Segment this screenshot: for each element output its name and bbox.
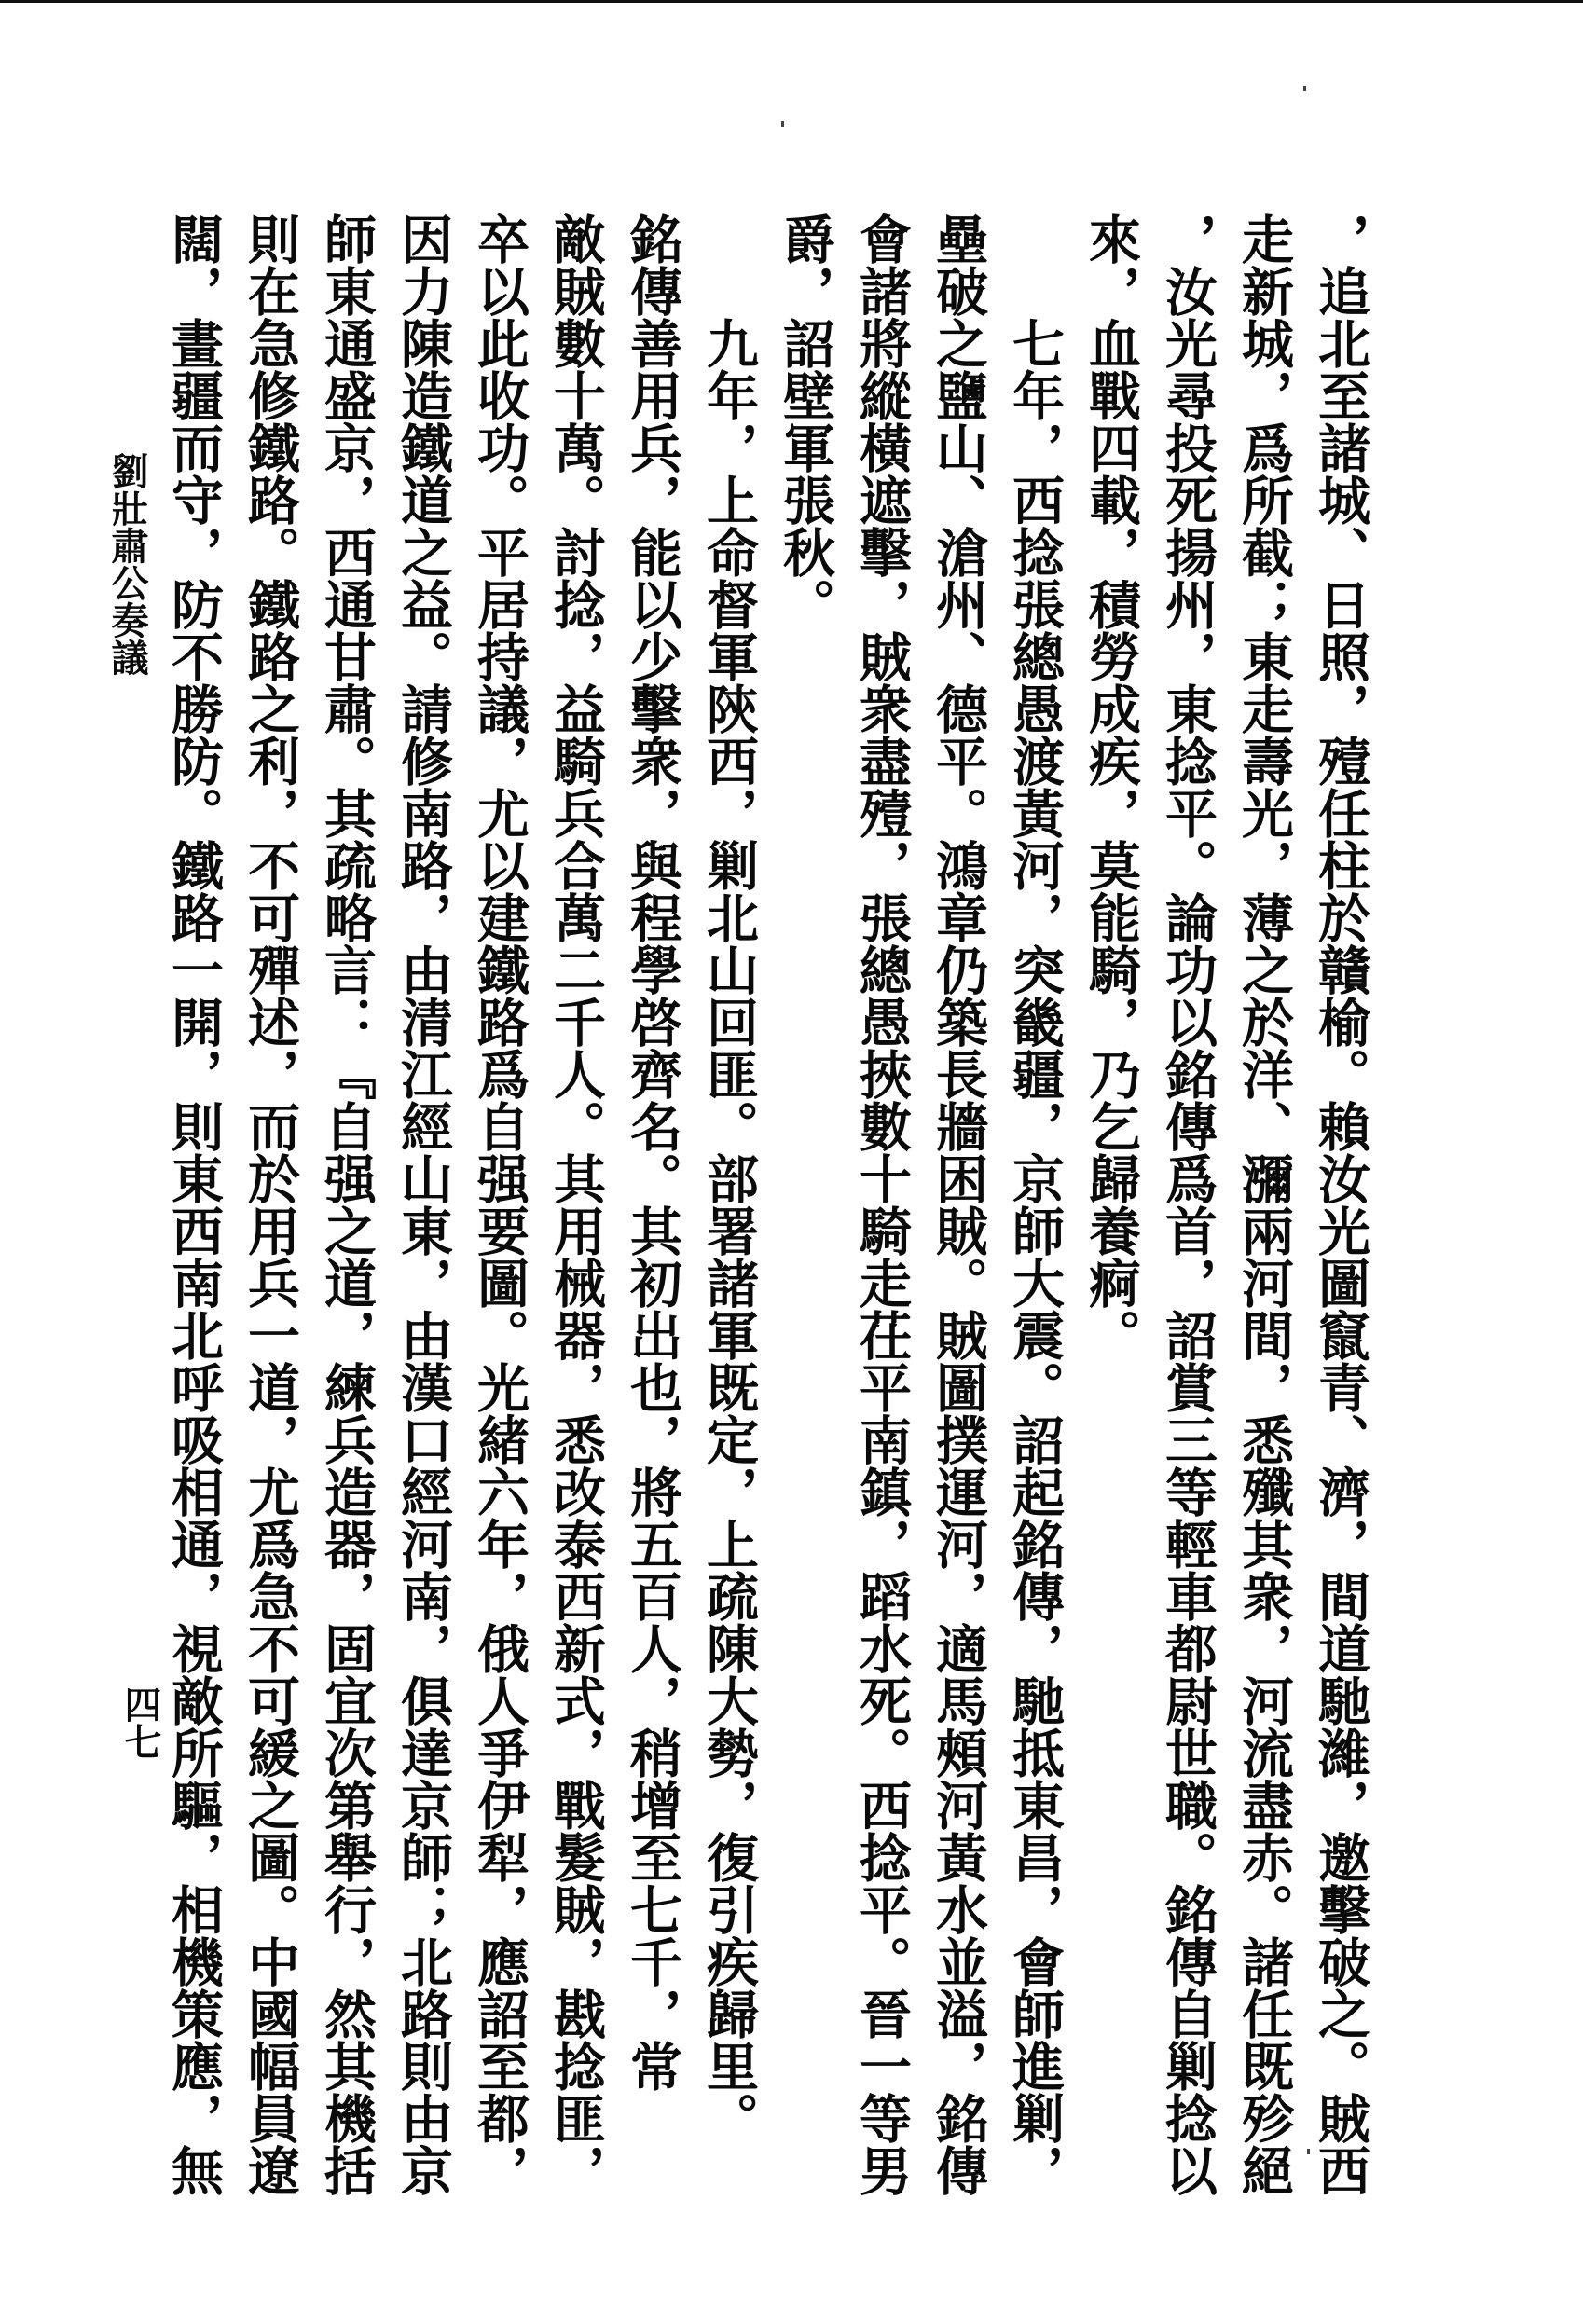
book-title: 劉壯肅公奏議 <box>104 452 149 676</box>
text-column-8: 爵，詔壁軍張秋。 <box>770 213 841 630</box>
scan-speck <box>1303 86 1306 91</box>
text-column-4: 來，血戰四載，積勞成疾，莫能騎，乃乞歸養痾。 <box>1076 213 1147 1361</box>
text-column-12: 卒以此收功。平居持議，尤以建鐵路爲自强要圖。光緒六年，俄人爭伊犁，應詔至都， <box>464 213 535 2196</box>
text-column-6: 壘破之鹽山、滄州、德平。鴻章仍築長牆困賊。賊圖撲運河，適馬頰河黃水並溢，銘傳 <box>923 213 994 2196</box>
text-column-9: 九年，上命督軍陝西，剿北山回匪。部署諸軍既定，上疏陳大勢，復引疾歸里。 <box>694 317 764 2144</box>
scan-speck <box>781 121 784 127</box>
scan-speck <box>1307 2149 1310 2154</box>
text-column-13: 因力陳造鐵道之益。請修南路，由清江經山東，由漢口經河南，俱達京師；北路則由京 <box>388 213 459 2196</box>
text-column-1: ，追北至諸城、日照，殪任柱於贛榆。賴汝光圖竄青、濟，間道馳濰，邀擊破之。賊西 <box>1305 213 1376 2196</box>
text-column-14: 師東通盛京，西通甘肅。其疏略言：『自强之道，練兵造器，固宜次第舉行，然其機括 <box>311 213 382 2196</box>
text-column-3: ，汝光尋投死揚州，東捻平。論功以銘傳爲首，詔賞三等輕車都尉世職。銘傳自剿捻以 <box>1152 213 1223 2196</box>
text-column-2: 走新城，爲所截；東走壽光，薄之於洋、瀰兩河間，悉殲其衆，河流盡赤。諸任既殄絕 <box>1229 213 1300 2196</box>
text-column-16: 闊，畫疆而守，防不勝防。鐵路一開，則東西南北呼吸相通，視敵所驅，相機策應，無 <box>158 213 229 2196</box>
text-column-5: 七年，西捻張總愚渡黃河，突畿疆，京師大震。詔起銘傳，馳抵東昌，會師進剿， <box>999 317 1070 2196</box>
text-column-7: 會諸將縱橫遮擊，賊衆盡殪，張總愚挾數十騎走茌平南鎮，蹈水死。西捻平。晉一等男 <box>847 213 917 2196</box>
text-column-10: 銘傳善用兵，能以少擊衆，與程學啓齊名。其初出也，將五百人，稍增至七千，常 <box>617 213 688 2092</box>
page-number: 四七 <box>117 1685 162 1760</box>
text-column-15: 則在急修鐵路。鐵路之利，不可殫述，而於用兵一道，尤爲急不可緩之圖。中國幅員遼 <box>235 213 306 2196</box>
text-column-11: 敵賊數十萬。討捻，益騎兵合萬二千人。其用械器，悉改泰西新式，戰髮賊，戡捻匪， <box>541 213 612 2196</box>
book-page: ，追北至諸城、日照，殪任柱於贛榆。賴汝光圖竄青、濟，間道馳濰，邀擊破之。賊西 走… <box>0 0 1583 2324</box>
